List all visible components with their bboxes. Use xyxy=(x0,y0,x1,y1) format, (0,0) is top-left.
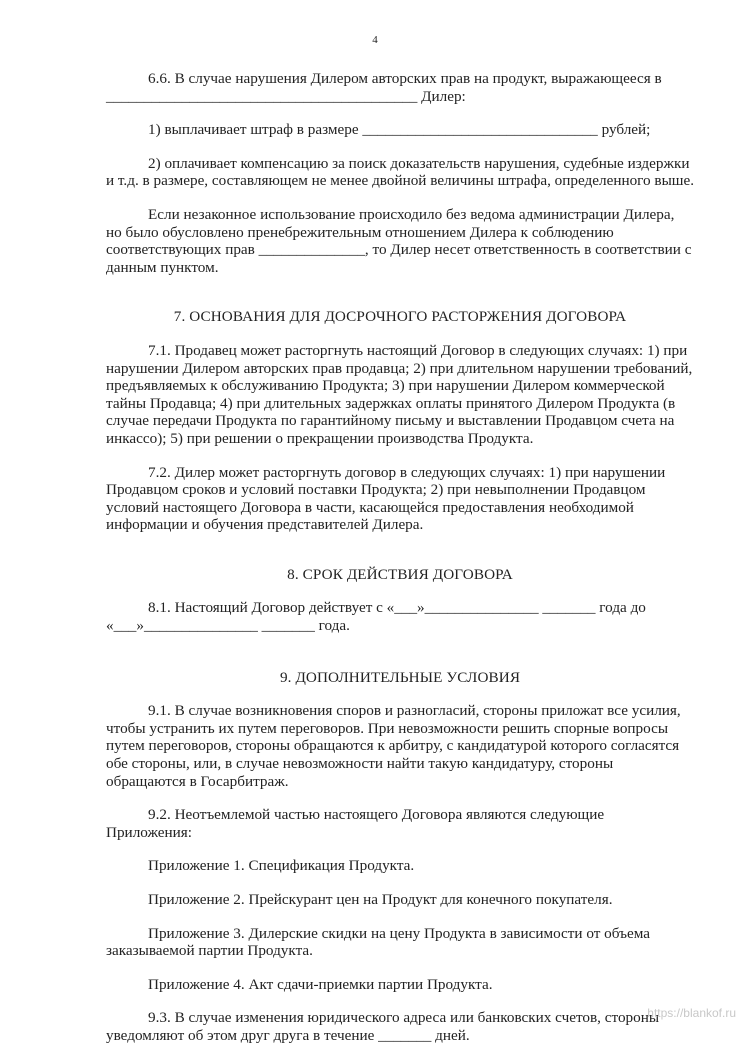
text-line: обращаются в Госарбитраж. xyxy=(106,773,694,791)
section-heading-8: 8. СРОК ДЕЙСТВИЯ ДОГОВОРА xyxy=(106,566,694,584)
text-line: 8.1. Настоящий Договор действует с «___»… xyxy=(106,599,694,617)
clause-9-2: 9.2. Неотъемлемой частью настоящего Дого… xyxy=(106,806,694,841)
text-line: Продавцом сроков и условий поставки Прод… xyxy=(106,481,694,499)
clause-9-1: 9.1. В случае возникновения споров и раз… xyxy=(106,702,694,790)
text-line: уведомляют об этом друг друга в течение … xyxy=(106,1027,694,1045)
text-line: 9.3. В случае изменения юридического адр… xyxy=(106,1009,694,1027)
text-line: и т.д. в размере, составляющем не менее … xyxy=(106,172,694,190)
appendix-4: Приложение 4. Акт сдачи-приемки партии П… xyxy=(106,976,694,994)
text-line: Приложение 2. Прейскурант цен на Продукт… xyxy=(106,891,694,909)
text-line: тайны Продавца; 4) при длительных задерж… xyxy=(106,395,694,413)
text-line: Приложения: xyxy=(106,824,694,842)
clause-7-1: 7.1. Продавец может расторгнуть настоящи… xyxy=(106,342,694,448)
text-line: 9.2. Неотъемлемой частью настоящего Дого… xyxy=(106,806,694,824)
text-line: заказываемой партии Продукта. xyxy=(106,942,694,960)
text-line: нарушении Дилером авторских прав продавц… xyxy=(106,360,694,378)
text-line: Приложение 1. Спецификация Продукта. xyxy=(106,857,694,875)
text-line: чтобы устранить их путем переговоров. Пр… xyxy=(106,720,694,738)
text-line: ________________________________________… xyxy=(106,88,694,106)
text-line: предъявляемых к обслуживанию Продукта; 3… xyxy=(106,377,694,395)
text-line: 7.1. Продавец может расторгнуть настоящи… xyxy=(106,342,694,360)
text-line: Приложение 3. Дилерские скидки на цену П… xyxy=(106,925,694,943)
page-number: 4 xyxy=(0,34,750,46)
text-line: соответствующих прав ______________, то … xyxy=(106,241,694,259)
clause-6-6-note: Если незаконное использование происходил… xyxy=(106,206,694,276)
appendix-3: Приложение 3. Дилерские скидки на цену П… xyxy=(106,925,694,960)
text-line: но было обусловлено пренебрежительным от… xyxy=(106,224,694,242)
text-line: 7.2. Дилер может расторгнуть договор в с… xyxy=(106,464,694,482)
text-line: 1) выплачивает штраф в размере _________… xyxy=(106,121,694,139)
document-body: 6.6. В случае нарушения Дилером авторски… xyxy=(106,70,694,1045)
clause-8-1: 8.1. Настоящий Договор действует с «___»… xyxy=(106,599,694,634)
appendix-1: Приложение 1. Спецификация Продукта. xyxy=(106,857,694,875)
text-line: случае передачи Продукта по гарантийному… xyxy=(106,412,694,430)
text-line: данным пунктом. xyxy=(106,259,694,277)
text-line: 6.6. В случае нарушения Дилером авторски… xyxy=(106,70,694,88)
text-line: 2) оплачивает компенсацию за поиск доказ… xyxy=(106,155,694,173)
section-heading-9: 9. ДОПОЛНИТЕЛЬНЫЕ УСЛОВИЯ xyxy=(106,669,694,687)
text-line: инкассо); 5) при решении о прекращении п… xyxy=(106,430,694,448)
clause-9-3: 9.3. В случае изменения юридического адр… xyxy=(106,1009,694,1044)
text-line: Приложение 4. Акт сдачи-приемки партии П… xyxy=(106,976,694,994)
clause-6-6-2: 2) оплачивает компенсацию за поиск доказ… xyxy=(106,155,694,190)
text-line: 9.1. В случае возникновения споров и раз… xyxy=(106,702,694,720)
text-line: информации и обучения представителей Дил… xyxy=(106,516,694,534)
text-line: «___»_______________ _______ года. xyxy=(106,617,694,635)
watermark-link[interactable]: https://blankof.ru xyxy=(647,1006,736,1020)
appendix-2: Приложение 2. Прейскурант цен на Продукт… xyxy=(106,891,694,909)
clause-6-6-1: 1) выплачивает штраф в размере _________… xyxy=(106,121,694,139)
clause-6-6: 6.6. В случае нарушения Дилером авторски… xyxy=(106,70,694,105)
text-line: путем переговоров, стороны обращаются к … xyxy=(106,737,694,755)
clause-7-2: 7.2. Дилер может расторгнуть договор в с… xyxy=(106,464,694,534)
text-line: условий настоящего Договора в части, кас… xyxy=(106,499,694,517)
text-line: обе стороны, или, в случае невозможности… xyxy=(106,755,694,773)
text-line: Если незаконное использование происходил… xyxy=(106,206,694,224)
section-heading-7: 7. ОСНОВАНИЯ ДЛЯ ДОСРОЧНОГО РАСТОРЖЕНИЯ … xyxy=(106,308,694,326)
